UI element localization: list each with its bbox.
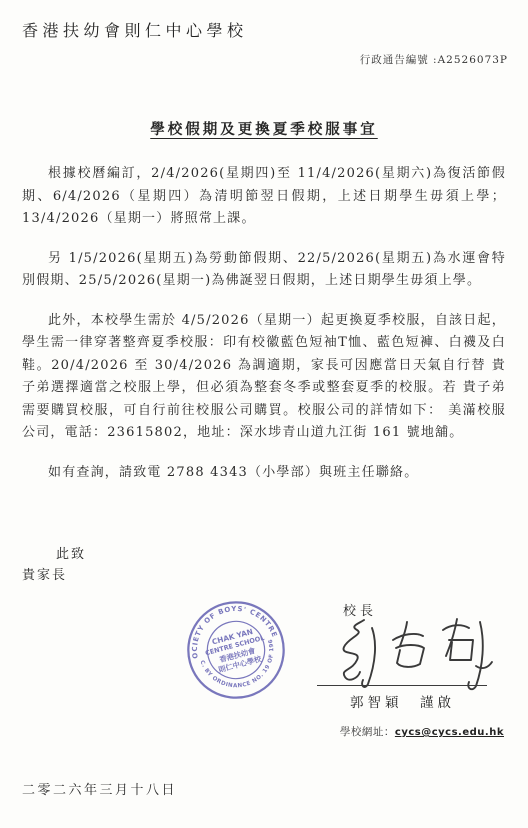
closing-salute: 此致 — [56, 543, 86, 562]
website-label: 學校網址： — [340, 726, 395, 738]
principal-signature — [330, 614, 500, 696]
website-link[interactable]: cycs@cycs.edu.hk — [395, 727, 504, 738]
signature-underline — [317, 685, 487, 686]
principal-name-line: 郭智穎 謹啟 — [350, 691, 455, 711]
signature-ink-icon — [330, 614, 500, 692]
letter-body: 根據校曆編訂，2/4/2026(星期四)至 11/4/2026(星期六)為復活節… — [22, 163, 506, 501]
admin-notice-number: 行政通告編號 :A2526073P — [360, 52, 508, 67]
school-seal-stamp: SOCIETY OF BOYS' CENTRES INC. BY ORDINAN… — [172, 586, 299, 713]
paragraph-enquiry: 如有查詢，請致電 2788 4343（小學部）與班主任聯絡。 — [22, 462, 506, 485]
letter-title: 學校假期及更換夏季校服事宜 — [0, 118, 528, 139]
school-name: 香港扶幼會則仁中心學校 — [22, 18, 248, 41]
paragraph-summer-uniform: 此外，本校學生需於 4/5/2026（星期一）起更換夏季校服，自該日起，學生需一… — [22, 310, 506, 445]
letter-date: 二零二六年三月十八日 — [22, 779, 177, 798]
school-seal-icon: SOCIETY OF BOYS' CENTRES INC. BY ORDINAN… — [172, 586, 299, 713]
letter-title-text: 學校假期及更換夏季校服事宜 — [150, 121, 378, 138]
closing-recipient: 貴家長 — [22, 564, 67, 583]
paragraph-holidays-april: 根據校曆編訂，2/4/2026(星期四)至 11/4/2026(星期六)為復活節… — [22, 163, 506, 231]
paragraph-holidays-may: 另 1/5/2026(星期五)為勞動節假期、22/5/2026(星期五)為水運會… — [22, 248, 506, 293]
school-website-line: 學校網址：cycs@cycs.edu.hk — [340, 724, 504, 739]
letter-page: 香港扶幼會則仁中心學校 行政通告編號 :A2526073P 學校假期及更換夏季校… — [0, 0, 528, 828]
